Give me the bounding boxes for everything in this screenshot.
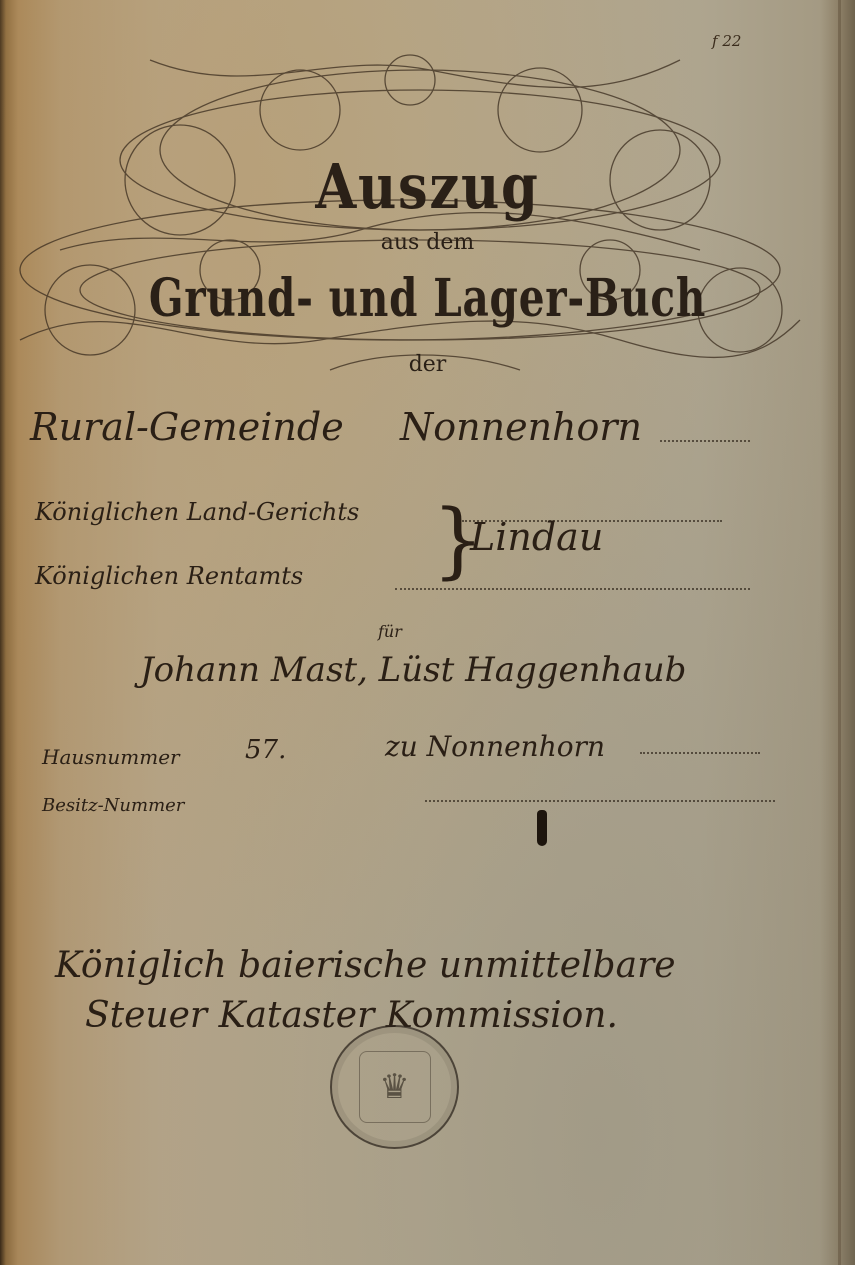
dotted-line: [660, 440, 750, 442]
coat-of-arms-icon: ♛: [359, 1051, 431, 1123]
official-seal: ♛: [330, 1025, 459, 1149]
hausnummer-value: 57.: [245, 735, 286, 765]
title-auszug: Auszug: [64, 150, 791, 223]
owner-value: Johann Mast, Lüst Haggenhaub: [140, 650, 686, 690]
gemeinde-value: Nonnenhorn: [400, 405, 642, 449]
dotted-line: [640, 752, 760, 754]
ort-value: zu Nonnenhorn: [385, 730, 605, 763]
footer-line-2: Steuer Kataster Kommission.: [85, 995, 618, 1036]
title-der: der: [0, 352, 855, 377]
gemeinde-label: Rural-Gemeinde: [30, 405, 344, 449]
dotted-line: [425, 800, 775, 802]
rentamt-label: Königlichen Rentamts: [35, 562, 303, 590]
ink-blot: [537, 810, 547, 846]
hausnummer-label: Hausnummer: [42, 745, 180, 769]
besitz-label: Besitz-Nummer: [42, 795, 184, 816]
title-grund-und-lager-buch: Grund- und Lager-Buch: [94, 268, 761, 329]
fuer-label: für: [378, 622, 402, 641]
footer-line-1: Königlich baierische unmittelbare: [55, 945, 676, 986]
title-aus-dem: aus dem: [0, 230, 855, 255]
district-value: Lindau: [470, 515, 603, 559]
dotted-line: [395, 588, 750, 590]
landgericht-label: Königlichen Land-Gerichts: [35, 498, 359, 526]
